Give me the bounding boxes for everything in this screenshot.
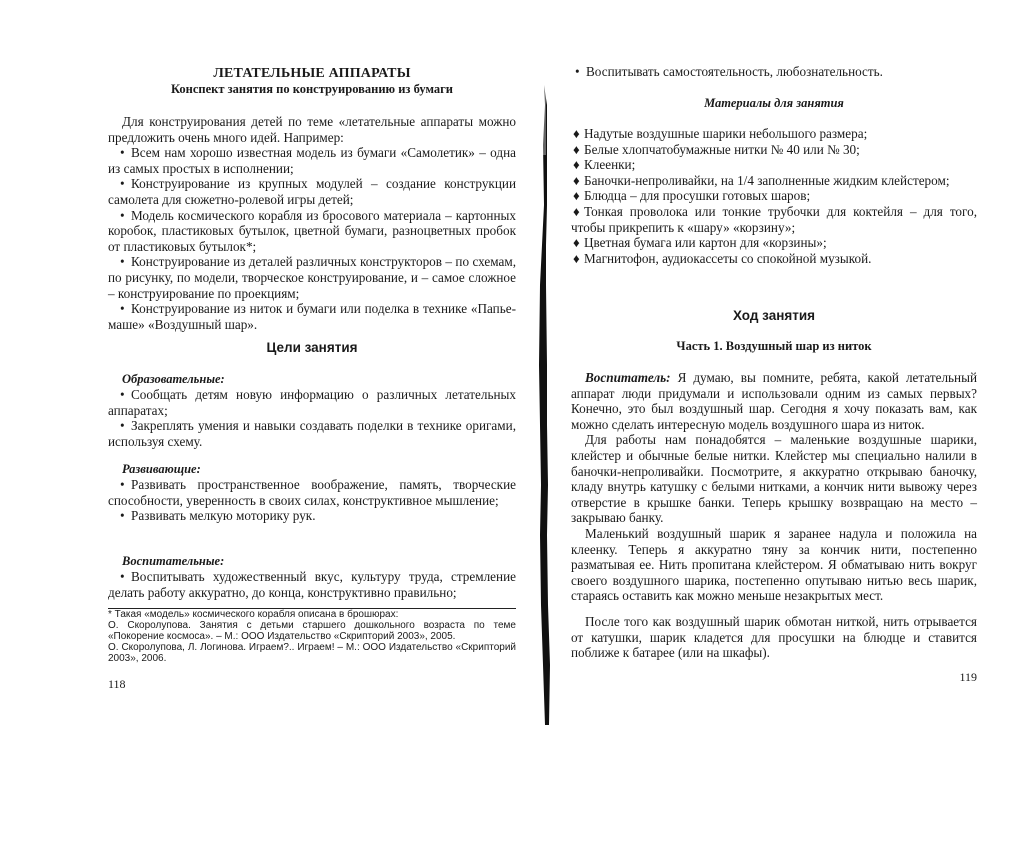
- bullet-icon: •: [120, 301, 131, 317]
- list-item: •Развивать мелкую моторику рук.: [108, 508, 516, 524]
- list-item: •Модель космического корабля из бросовог…: [108, 208, 516, 255]
- list-item: •Сообщать детям новую информацию о разли…: [108, 387, 516, 418]
- page-title: ЛЕТАТЕЛЬНЫЕ АППАРАТЫ: [108, 66, 516, 82]
- footnote: О. Скоролупова, Л. Логинова. Играем?.. И…: [108, 642, 516, 664]
- materials-heading: Материалы для занятия: [571, 96, 977, 111]
- part-heading: Часть 1. Воздушный шар из ниток: [571, 339, 977, 354]
- diamond-bullet-icon: ♦: [573, 251, 584, 267]
- paragraph: После того как воздушный шарик обмотан н…: [571, 614, 977, 661]
- intro-paragraph: Для конструирования детей по теме «летат…: [108, 114, 516, 145]
- list-item: •Развивать пространственное воображение,…: [108, 477, 516, 508]
- paragraph: Воспитатель: Я думаю, вы помните, ребята…: [571, 370, 977, 432]
- goal-group-label: Воспитательные:: [108, 554, 516, 569]
- diamond-bullet-icon: ♦: [573, 204, 584, 220]
- bullet-icon: •: [120, 418, 131, 434]
- speaker-label: Воспитатель:: [585, 370, 671, 385]
- list-item: ♦Тонкая проволока или тонкие трубочки дл…: [571, 204, 977, 235]
- paragraph: Для работы нам понадобятся – маленькие в…: [571, 432, 977, 526]
- list-item: •Конструирование из крупных модулей – со…: [108, 176, 516, 207]
- bullet-icon: •: [120, 254, 131, 270]
- bullet-icon: •: [575, 64, 586, 80]
- list-item: •Воспитывать художественный вкус, культу…: [108, 569, 516, 600]
- page-number: 119: [959, 670, 977, 684]
- goal-group-label: Развивающие:: [108, 462, 516, 477]
- list-item: ♦Блюдца – для просушки готовых шаров;: [571, 188, 977, 204]
- bullet-icon: •: [120, 208, 131, 224]
- ideas-list: •Всем нам хорошо известная модель из бум…: [108, 145, 516, 332]
- list-item: •Закреплять умения и навыки создавать по…: [108, 418, 516, 449]
- lesson-text: Воспитатель: Я думаю, вы помните, ребята…: [571, 370, 977, 604]
- list-item: ♦Цветная бумага или картон для «корзины»…: [571, 235, 977, 251]
- list-item: ♦Надутые воздушные шарики небольшого раз…: [571, 126, 977, 142]
- diamond-bullet-icon: ♦: [573, 142, 584, 158]
- goals-heading: Цели занятия: [108, 340, 516, 356]
- goal-group-educational: Образовательные: •Сообщать детям новую и…: [108, 372, 516, 449]
- footnote: * Такая «модель» космического корабля оп…: [108, 609, 516, 620]
- bullet-icon: •: [120, 176, 131, 192]
- list-item: ♦Клеенки;: [571, 157, 977, 173]
- paragraph: Маленький воздушный шарик я заранее наду…: [571, 526, 977, 604]
- diamond-bullet-icon: ♦: [573, 157, 584, 173]
- bullet-icon: •: [120, 569, 131, 585]
- list-item: •Конструирование из ниток и бумаги или п…: [108, 301, 516, 332]
- diamond-bullet-icon: ♦: [573, 188, 584, 204]
- footnote: О. Скоролупова. Занятия с детьми старшег…: [108, 620, 516, 642]
- list-item: ♦Белые хлопчатобумажные нитки № 40 или №…: [571, 142, 977, 158]
- list-item: ♦Магнитофон, аудиокассеты со спокойной м…: [571, 251, 977, 267]
- page-number: 118: [108, 677, 126, 691]
- bullet-icon: •: [120, 508, 131, 524]
- lesson-heading: Ход занятия: [571, 308, 977, 324]
- diamond-bullet-icon: ♦: [573, 235, 584, 251]
- diamond-bullet-icon: ♦: [573, 126, 584, 142]
- materials-list: ♦Надутые воздушные шарики небольшого раз…: [571, 126, 977, 266]
- page-subtitle: Конспект занятия по конструированию из б…: [108, 82, 516, 97]
- list-item: ♦Баночки-непроливайки, на 1/4 заполненны…: [571, 173, 977, 189]
- book-spine-shadow: [538, 85, 550, 725]
- footnotes: * Такая «модель» космического корабля оп…: [108, 608, 516, 664]
- goal-group-upbringing: Воспитательные: •Воспитывать художествен…: [108, 554, 516, 600]
- diamond-bullet-icon: ♦: [573, 173, 584, 189]
- list-item: •Конструирование из деталей различных ко…: [108, 254, 516, 301]
- bullet-icon: •: [120, 145, 131, 161]
- goal-group-developmental: Развивающие: •Развивать пространственное…: [108, 462, 516, 524]
- bullet-icon: •: [120, 477, 131, 493]
- bullet-icon: •: [120, 387, 131, 403]
- list-item: •Воспитывать самостоятельность, любознат…: [571, 64, 977, 80]
- list-item: •Всем нам хорошо известная модель из бум…: [108, 145, 516, 176]
- goal-group-label: Образовательные:: [108, 372, 516, 387]
